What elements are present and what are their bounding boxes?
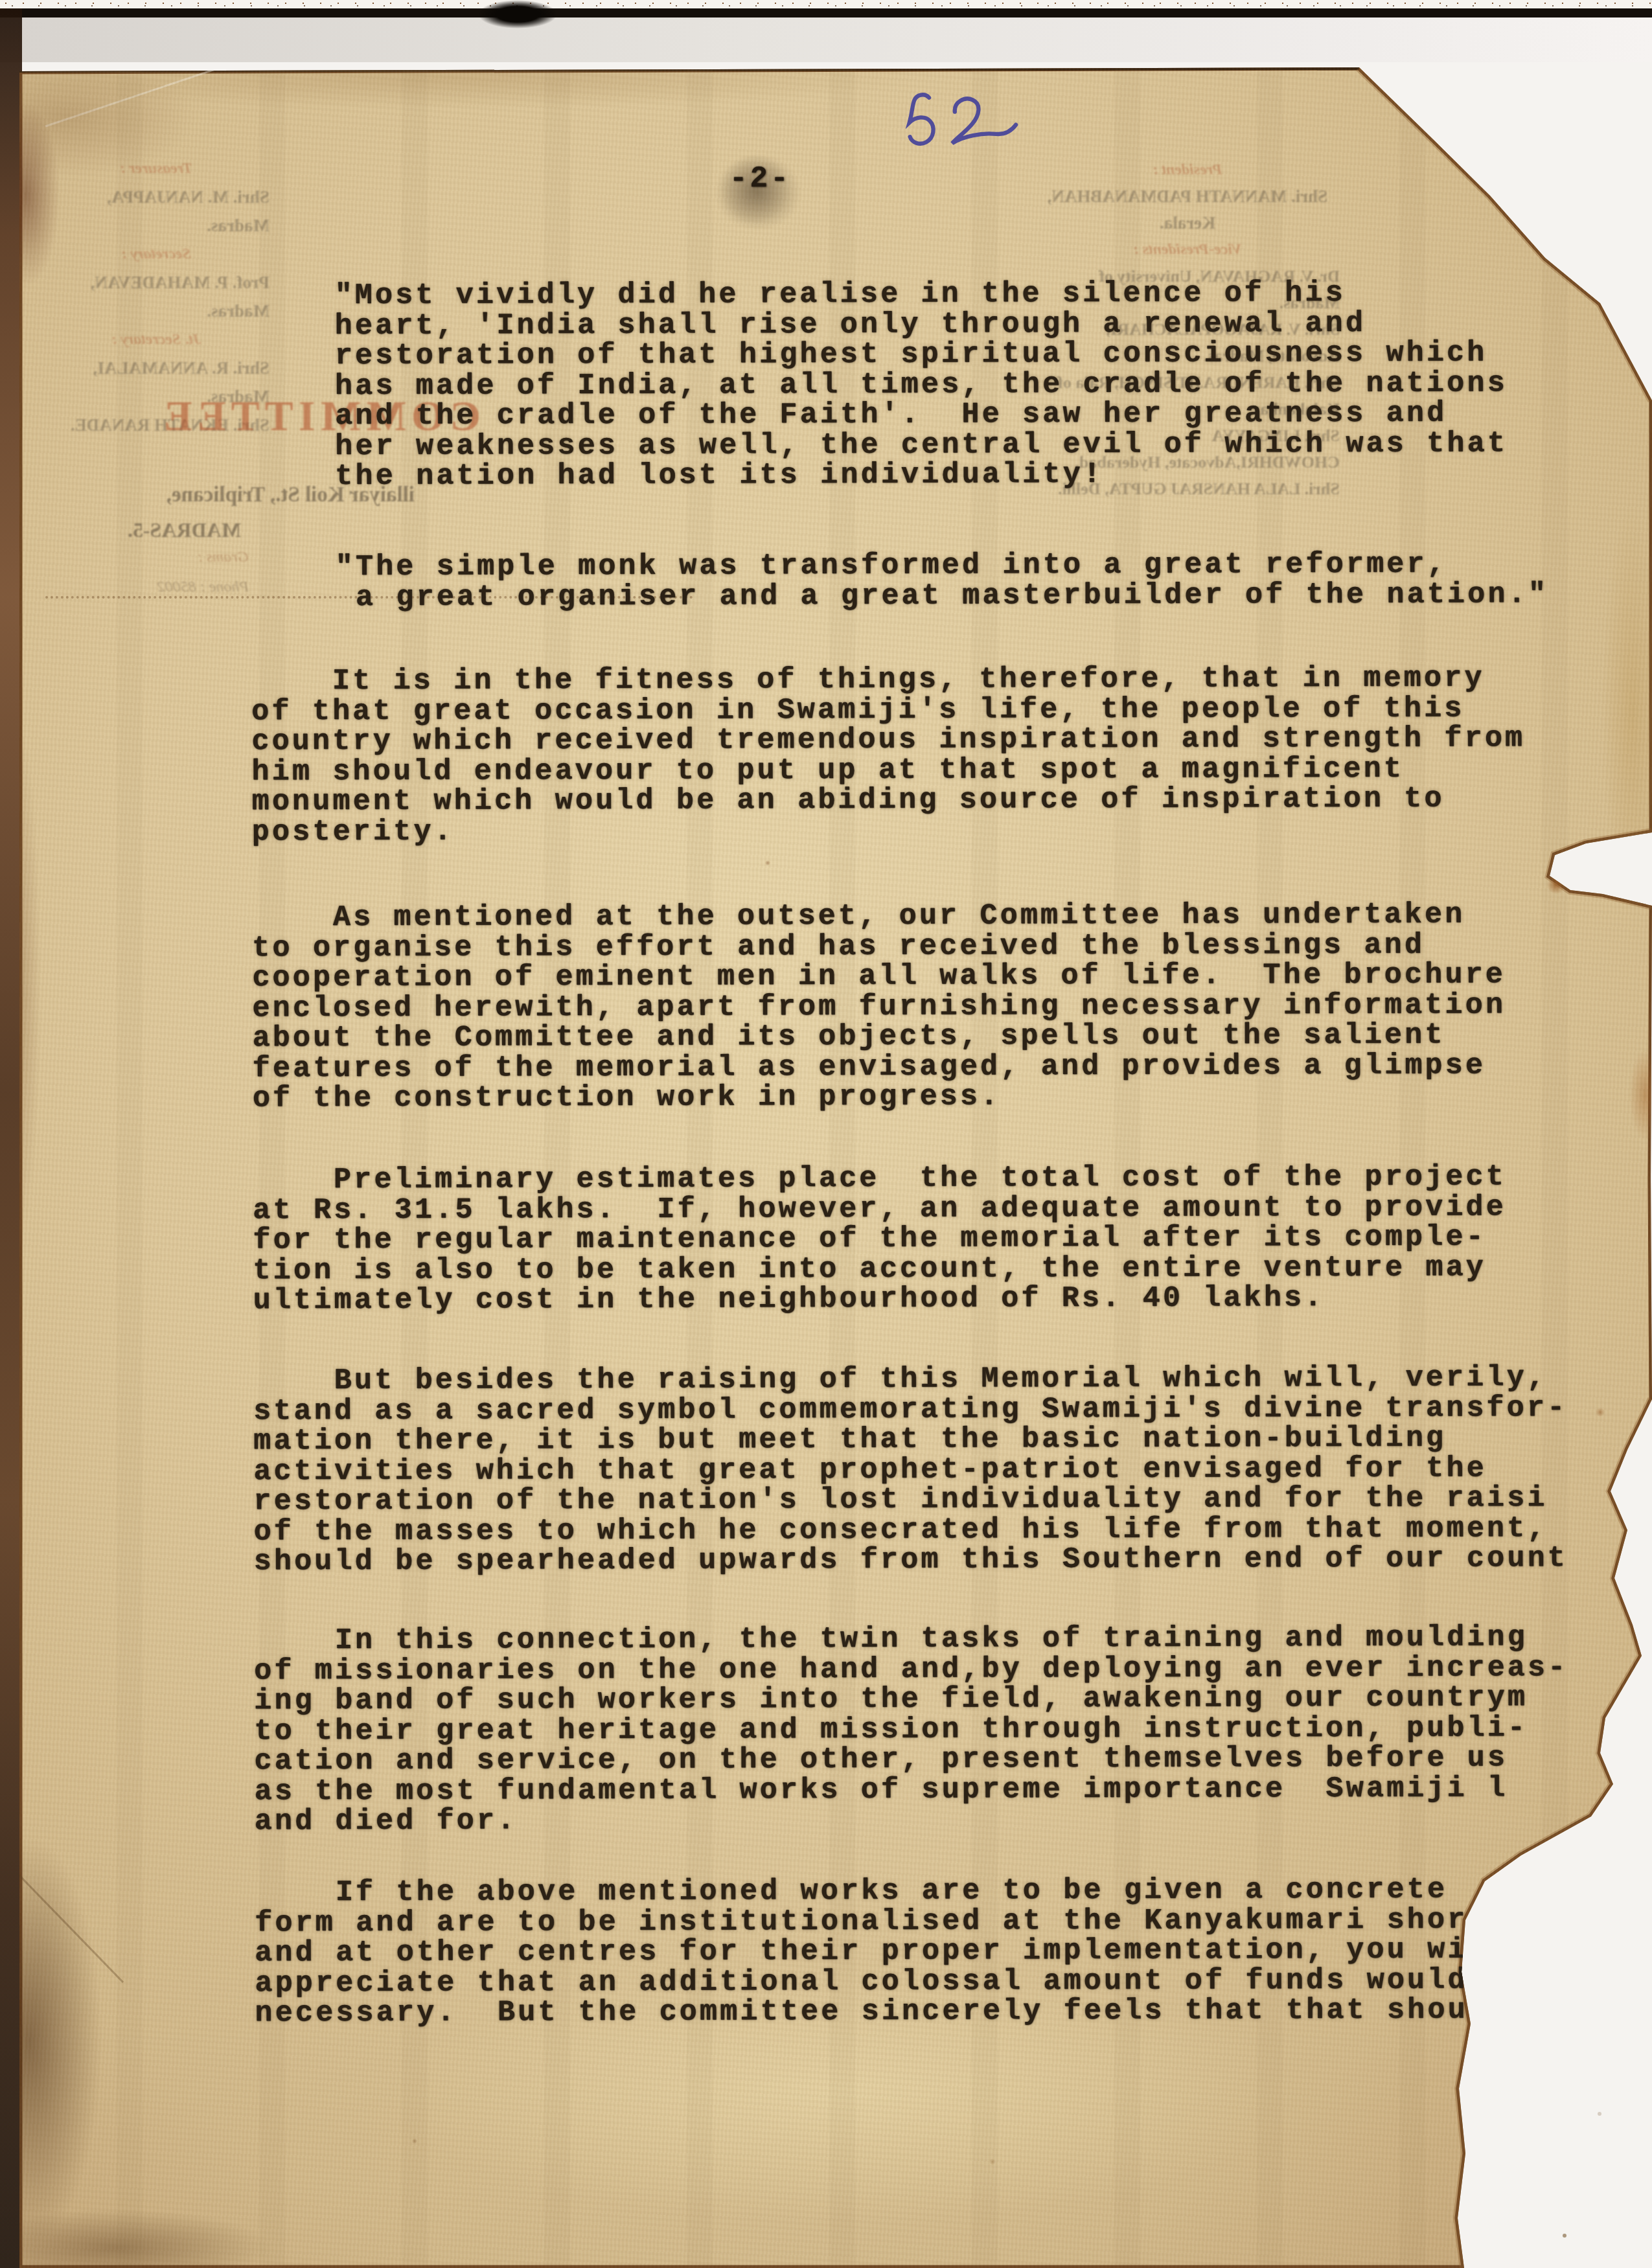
typed-line: and the cradle of the Faith'. He saw her… [335,398,1508,431]
typed-paragraph: Preliminary estimates place the total co… [253,1162,1506,1316]
typed-line: restoration of that highest spiritual co… [335,338,1508,371]
typed-line: of the construction work in progress. [253,1081,1506,1114]
typed-paragraph: It is in the fitness of things, therefor… [251,663,1526,847]
dust-speck [1563,2234,1566,2238]
typed-paragraph: "Most vividly did he realise in the sile… [335,278,1508,492]
paper-sheet: Treasurer :Shri. M. NANJAPPA, Madras.Sec… [0,0,1652,2268]
typed-line: should be spearheaded upwards from this … [254,1544,1568,1577]
typed-paragraphs: "Most vividly did he realise in the sile… [0,0,1652,2268]
underlying-page-edge [0,17,1652,62]
typed-line: her weaknesses as well, the central evil… [335,429,1508,462]
scan-top-speckles [0,0,1652,8]
typed-line: the nation had lost its individuality! [335,459,1508,492]
typed-paragraph: If the above mentioned works are to be g… [255,1875,1488,2028]
typed-paragraph: But besides the raising of this Memorial… [253,1363,1568,1577]
typed-paragraph: "The simple monk was transformed into a … [336,549,1549,613]
typed-line: ultimately cost in the neighbourhood of … [253,1283,1507,1316]
scan-left-edge [0,8,22,2268]
typed-line: necessary. But the committee sincerely f… [255,1995,1488,2028]
content-layer: -2- "Most vividly did he realise in the … [0,0,1652,2268]
scanned-letter-page: Treasurer :Shri. M. NANJAPPA, Madras.Sec… [0,0,1652,2268]
typed-line: "Most vividly did he realise in the sile… [335,278,1508,311]
typed-line: and died for. [255,1804,1568,1837]
typed-paragraph: As mentioned at the outset, our Committe… [252,900,1506,1114]
dust-speck [1598,2112,1601,2116]
pink-scratch [1509,78,1571,113]
typed-line: as the most fundamental works of supreme… [255,1774,1568,1807]
typed-line: monument which would be an abiding sourc… [252,784,1526,818]
typed-line: features of the memorial as envisaged, a… [253,1051,1506,1084]
ink-blob-top-edge [478,0,557,29]
typed-paragraph: In this connection, the twin tasks of tr… [254,1623,1568,1837]
scan-black-line [0,8,1652,17]
typed-line: "The simple monk was transformed into a … [336,549,1548,582]
typed-line: posterity. [252,814,1526,848]
typed-line: a great organiser and a great masterbuil… [336,580,1548,613]
